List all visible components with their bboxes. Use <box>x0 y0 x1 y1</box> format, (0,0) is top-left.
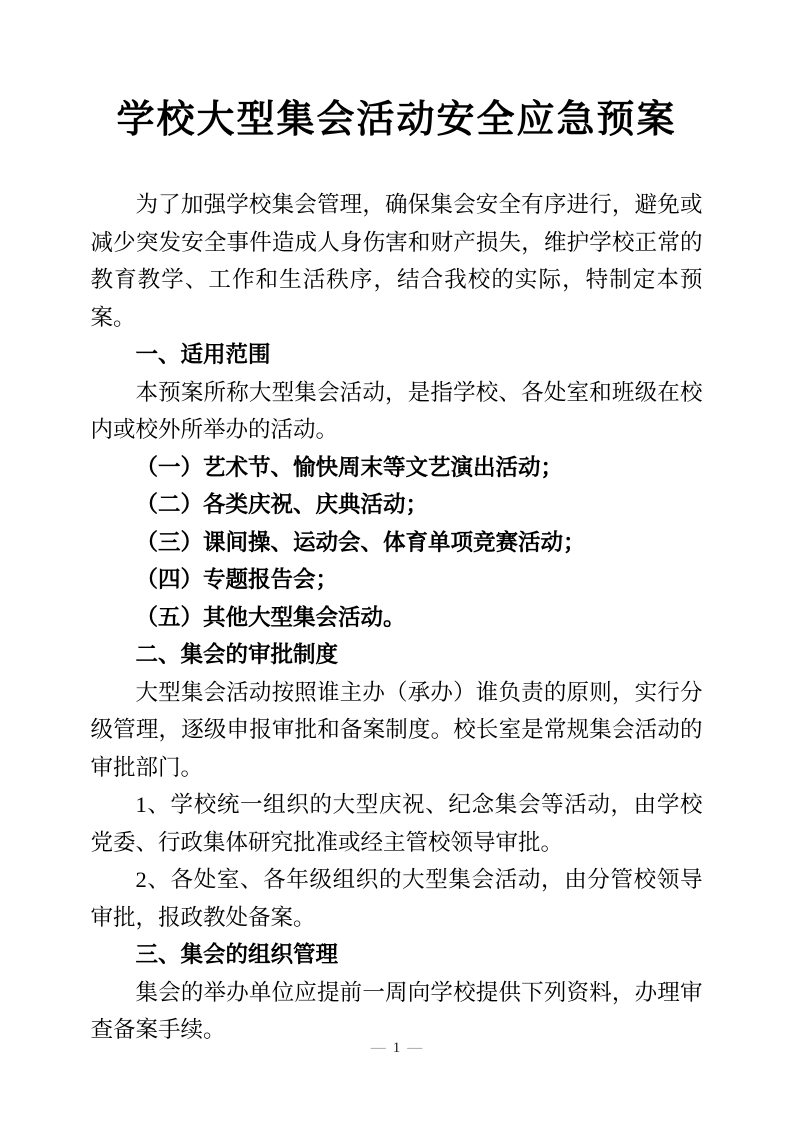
paragraph-approval: 大型集会活动按照谁主办（承办）谁负责的原则，实行分级管理，逐级申报审批和备案制度… <box>91 674 703 787</box>
section-heading-2: 二、集会的审批制度 <box>91 636 703 674</box>
section-heading-3: 三、集会的组织管理 <box>91 936 703 974</box>
footer-left-dash: — <box>371 1040 386 1056</box>
list-item-5: （五）其他大型集会活动。 <box>91 599 703 637</box>
page-number: 1 <box>393 1040 401 1056</box>
page-footer: —1— <box>0 1038 793 1058</box>
list-item-3: （三）课间操、运动会、体育单项竞赛活动； <box>91 524 703 562</box>
document-body: 为了加强学校集会管理，确保集会安全有序进行，避免或减少突发安全事件造成人身伤害和… <box>91 186 703 1049</box>
footer-right-dash: — <box>407 1040 422 1056</box>
document-title: 学校大型集会活动安全应急预案 <box>0 0 793 144</box>
paragraph-approval-2: 2、各处室、各年级组织的大型集会活动，由分管校领导审批，报政教处备案。 <box>91 861 703 936</box>
paragraph-approval-1: 1、学校统一组织的大型庆祝、纪念集会等活动，由学校党委、行政集体研究批准或经主管… <box>91 786 703 861</box>
document-page: 学校大型集会活动安全应急预案 为了加强学校集会管理，确保集会安全有序进行，避免或… <box>0 0 793 1122</box>
paragraph-scope: 本预案所称大型集会活动，是指学校、各处室和班级在校内或校外所举办的活动。 <box>91 374 703 449</box>
paragraph-intro: 为了加强学校集会管理，确保集会安全有序进行，避免或减少突发安全事件造成人身伤害和… <box>91 186 703 336</box>
list-item-2: （二）各类庆祝、庆典活动； <box>91 486 703 524</box>
list-item-1: （一）艺术节、愉快周末等文艺演出活动； <box>91 449 703 487</box>
section-heading-1: 一、适用范围 <box>91 336 703 374</box>
list-item-4: （四）专题报告会； <box>91 561 703 599</box>
